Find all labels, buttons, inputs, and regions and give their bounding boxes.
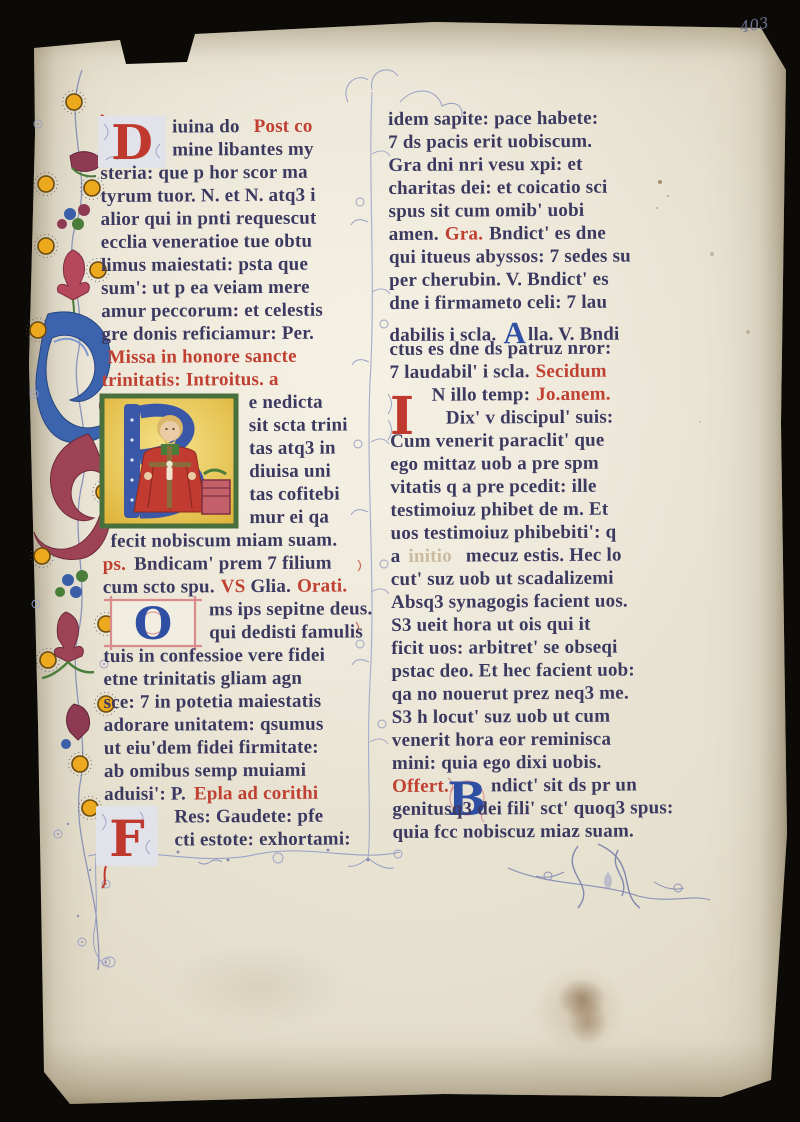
text-line: 7 laudabil' i scla.Secidum	[390, 359, 726, 384]
text-segment: qui itueus abyssos: 7 sedes su	[389, 246, 631, 268]
text-segment: charitas dei: et coicatio sci	[388, 177, 607, 199]
text-line: Cum venerit paraclit' que	[390, 428, 726, 453]
text-segment: dne i firmameto celi: 7 lau	[389, 292, 607, 314]
text-line: Gra dni nri vesu xpi: et	[388, 152, 724, 177]
text-line: alior qui in pnti requescut	[101, 206, 381, 231]
text-segment: tas atq3 in	[249, 438, 336, 460]
text-segment: Epla ad corithi	[194, 783, 319, 805]
text-line: trinitatis: Introitus. a	[102, 367, 382, 392]
text-segment: ecclia veneratioe tue obtu	[101, 231, 313, 253]
text-segment: Gra.	[445, 223, 483, 244]
text-segment: vitatis q a pre pcedit: ille	[390, 476, 596, 498]
text-line: cti estote: exhortami:	[104, 827, 384, 852]
text-segment: ms ips sepitne deus.	[209, 598, 373, 620]
text-segment: mine libantes my	[172, 139, 314, 161]
text-line: iuina doPost co	[100, 114, 380, 139]
text-line: mini: quia ego dixi uobis.	[392, 750, 728, 775]
text-line: genitusq3 dei fili' sct' quoq3 spus:	[392, 796, 728, 821]
text-segment: ut eiu'dem fidei firmitate:	[104, 737, 319, 759]
text-line: dne i firmameto celi: 7 lau	[389, 290, 725, 315]
text-line: qui dedisti famulis	[103, 620, 383, 645]
text-line: Offert.ndict' sit ds pr un	[392, 773, 728, 798]
text-line: ctus es dne ds patruz nror:	[389, 336, 725, 361]
text-line: adorare unitatem: qsumus	[104, 712, 384, 737]
text-line: sum': ut p ea veiam mere	[101, 275, 381, 300]
parchment-stain	[532, 962, 628, 1058]
text-segment: Gra dni nri vesu xpi: et	[388, 154, 582, 176]
text-segment: mecuz estis. Hec lo	[466, 545, 622, 567]
text-segment: steria: que p hor scor ma	[100, 162, 308, 184]
text-line: vitatis q a pre pcedit: ille	[390, 474, 726, 499]
text-segment: cti estote: exhortami:	[174, 828, 350, 850]
photograph-backdrop: 403	[0, 0, 800, 1122]
text-segment: iuina do	[172, 116, 240, 137]
parchment-smudge	[140, 920, 380, 1050]
text-line: Absq3 synagogis facient uos.	[391, 589, 727, 614]
text-segment: fecit nobiscum miam suam.	[111, 530, 338, 552]
text-segment: trinitatis: Introitus. a	[102, 369, 279, 391]
text-line: ego mittaz uob a pre spm	[390, 451, 726, 476]
text-line: pstac deo. Et hec facient uob:	[391, 658, 727, 683]
text-segment: A	[503, 315, 526, 350]
text-segment: ndict' sit ds pr un	[491, 774, 637, 796]
text-line: steria: que p hor scor ma	[100, 160, 380, 185]
text-line: tuis in confessioe vere fidei	[103, 643, 383, 668]
text-segment: Offert.	[392, 776, 449, 797]
text-line: sit scta trini	[102, 413, 382, 438]
text-segment: quia fcc nobiscuz miaz suam.	[392, 821, 634, 843]
text-segment: tas cofitebi	[249, 484, 340, 506]
text-line: Dix' v discipul' suis:	[390, 405, 726, 430]
text-segment: Missa in honore sancte	[107, 346, 296, 368]
text-segment: testimoiuz phibet de m. Et	[390, 499, 608, 521]
text-line: gre donis reficiamur: Per.	[101, 321, 381, 346]
text-line: mine libantes my	[100, 137, 380, 162]
text-line: etne trinitatis gliam agn	[103, 666, 383, 691]
text-segment: qui dedisti famulis	[209, 621, 363, 643]
text-line: testimoiuz phibet de m. Et	[390, 497, 726, 522]
text-segment: qa no nouerut prez neq3 me.	[392, 683, 629, 705]
text-segment: tuis in confessioe vere fidei	[103, 645, 325, 667]
text-line: cut' suz uob ut scadalizemi	[391, 566, 727, 591]
text-segment: ego mittaz uob a pre spm	[390, 453, 599, 475]
text-segment: spus sit cum omib' uobi	[389, 200, 585, 222]
text-line: N illo temp:Jo.anem.	[390, 382, 726, 407]
text-segment: mini: quia ego dixi uobis.	[392, 752, 602, 774]
text-segment: Orati.	[297, 575, 347, 596]
text-segment: 7 laudabil' i scla.	[390, 361, 530, 383]
text-segment: cut' suz uob ut scadalizemi	[391, 568, 614, 590]
text-line: per cherubin. V. Bndict' es	[389, 267, 725, 292]
text-segment: sit scta trini	[249, 414, 348, 436]
text-line: ainitiomecuz estis. Hec lo	[391, 543, 727, 568]
text-segment: diuisa uni	[249, 461, 331, 482]
text-line: tyrum tuor. N. et N. atq3 i	[100, 183, 380, 208]
text-segment: uos testimoiuz phibebiti': q	[391, 522, 617, 544]
text-segment: pstac deo. Et hec facient uob:	[391, 660, 635, 682]
text-line: idem sapite: pace habete:	[388, 106, 724, 131]
text-line: ficit uos: arbitret' se obseqi	[391, 635, 727, 660]
text-segment: genitusq3 dei fili' sct' quoq3 spus:	[392, 797, 673, 820]
ink-freckles	[658, 180, 662, 184]
text-segment: mur ei qa	[249, 507, 329, 528]
text-line: limus maiestati: psta que	[101, 252, 381, 277]
folio-number: 403	[739, 14, 770, 37]
text-segment: sce: 7 in potetia maiestatis	[104, 691, 322, 713]
text-line: dabilis i scla.Alla. V. Bndi	[389, 313, 725, 338]
text-segment: 7 ds pacis erit uobiscum.	[388, 131, 592, 153]
text-line: uos testimoiuz phibebiti': q	[391, 520, 727, 545]
text-segment: Bndicam' prem 7 filium	[134, 553, 332, 575]
text-line: Missa in honore sancte	[101, 344, 381, 369]
text-segment: cum scto spu.	[103, 576, 215, 598]
text-line: spus sit cum omib' uobi	[389, 198, 725, 223]
text-segment: adorare unitatem: qsumus	[104, 714, 324, 736]
text-line: fecit nobiscum miam suam.	[103, 528, 383, 553]
text-segment: limus maiestati: psta que	[101, 254, 308, 276]
text-segment: aduisi': P.	[104, 783, 186, 804]
text-line: qa no nouerut prez neq3 me.	[392, 681, 728, 706]
text-segment: Jo.anem.	[536, 384, 611, 405]
text-line: ut eiu'dem fidei firmitate:	[104, 735, 384, 760]
text-segment: Glia.	[250, 576, 291, 597]
text-segment: etne trinitatis gliam agn	[103, 668, 302, 690]
text-segment: e nedicta	[249, 392, 323, 413]
text-line: ps.Bndicam' prem 7 filium	[103, 551, 383, 576]
text-column-left: iuina doPost comine libantes mysteria: q…	[100, 114, 384, 852]
text-column-right: idem sapite: pace habete:7 ds pacis erit…	[388, 106, 728, 844]
text-line: quia fcc nobiscuz miaz suam.	[392, 819, 728, 844]
text-line: amur peccorum: et celestis	[101, 298, 381, 323]
text-segment: Absq3 synagogis facient uos.	[391, 591, 628, 613]
text-line: aduisi': P.Epla ad corithi	[104, 781, 384, 806]
text-line: Res: Gaudete: pfe	[104, 804, 384, 829]
text-line: mur ei qa	[102, 505, 382, 530]
text-segment: initio	[408, 546, 452, 567]
text-segment: Post co	[254, 116, 313, 137]
text-line: charitas dei: et coicatio sci	[388, 175, 724, 200]
text-segment: ps.	[103, 554, 126, 575]
text-line: venerit hora eor reminisca	[392, 727, 728, 752]
text-segment: ctus es dne ds patruz nror:	[389, 338, 611, 360]
text-line: S3 h locut' suz uob ut cum	[392, 704, 728, 729]
text-line: 7 ds pacis erit uobiscum.	[388, 129, 724, 154]
text-segment: amen.	[389, 224, 439, 245]
text-segment: a	[391, 546, 401, 567]
text-segment: idem sapite: pace habete:	[388, 108, 598, 130]
text-segment: gre donis reficiamur: Per.	[101, 323, 314, 345]
text-line: amen.Gra.Bndict' es dne	[389, 221, 725, 246]
text-line: cum scto spu.VSGlia.Orati.	[103, 574, 383, 599]
text-line: diuisa uni	[102, 459, 382, 484]
text-segment: Cum venerit paraclit' que	[390, 430, 605, 452]
text-segment: per cherubin. V. Bndict' es	[389, 269, 609, 291]
text-segment: VS	[221, 576, 246, 597]
text-line: tas atq3 in	[102, 436, 382, 461]
text-line: sce: 7 in potetia maiestatis	[104, 689, 384, 714]
text-line: S3 ueit hora ut ois qui it	[391, 612, 727, 637]
text-line: tas cofitebi	[102, 482, 382, 507]
text-segment: venerit hora eor reminisca	[392, 729, 611, 751]
text-segment: N illo temp:	[432, 384, 531, 406]
text-segment: amur peccorum: et celestis	[101, 300, 323, 322]
text-segment: alior qui in pnti requescut	[101, 208, 317, 230]
text-segment: ficit uos: arbitret' se obseqi	[391, 637, 617, 659]
text-segment: S3 h locut' suz uob ut cum	[392, 706, 611, 728]
text-line: ecclia veneratioe tue obtu	[101, 229, 381, 254]
text-segment: Bndict' es dne	[489, 223, 606, 245]
text-line: ms ips sepitne deus.	[103, 597, 383, 622]
text-line: e nedicta	[102, 390, 382, 415]
text-segment: ab omibus semp muiami	[104, 760, 306, 782]
text-segment: S3 ueit hora ut ois qui it	[391, 614, 591, 636]
text-segment: Dix' v discipul' suis:	[446, 407, 614, 429]
text-line: qui itueus abyssos: 7 sedes su	[389, 244, 725, 269]
text-segment: tyrum tuor. N. et N. atq3 i	[100, 185, 315, 207]
text-segment: sum': ut p ea veiam mere	[101, 277, 310, 299]
text-line: ab omibus semp muiami	[104, 758, 384, 783]
text-segment: Res: Gaudete: pfe	[174, 806, 323, 828]
text-segment: Secidum	[536, 361, 607, 382]
